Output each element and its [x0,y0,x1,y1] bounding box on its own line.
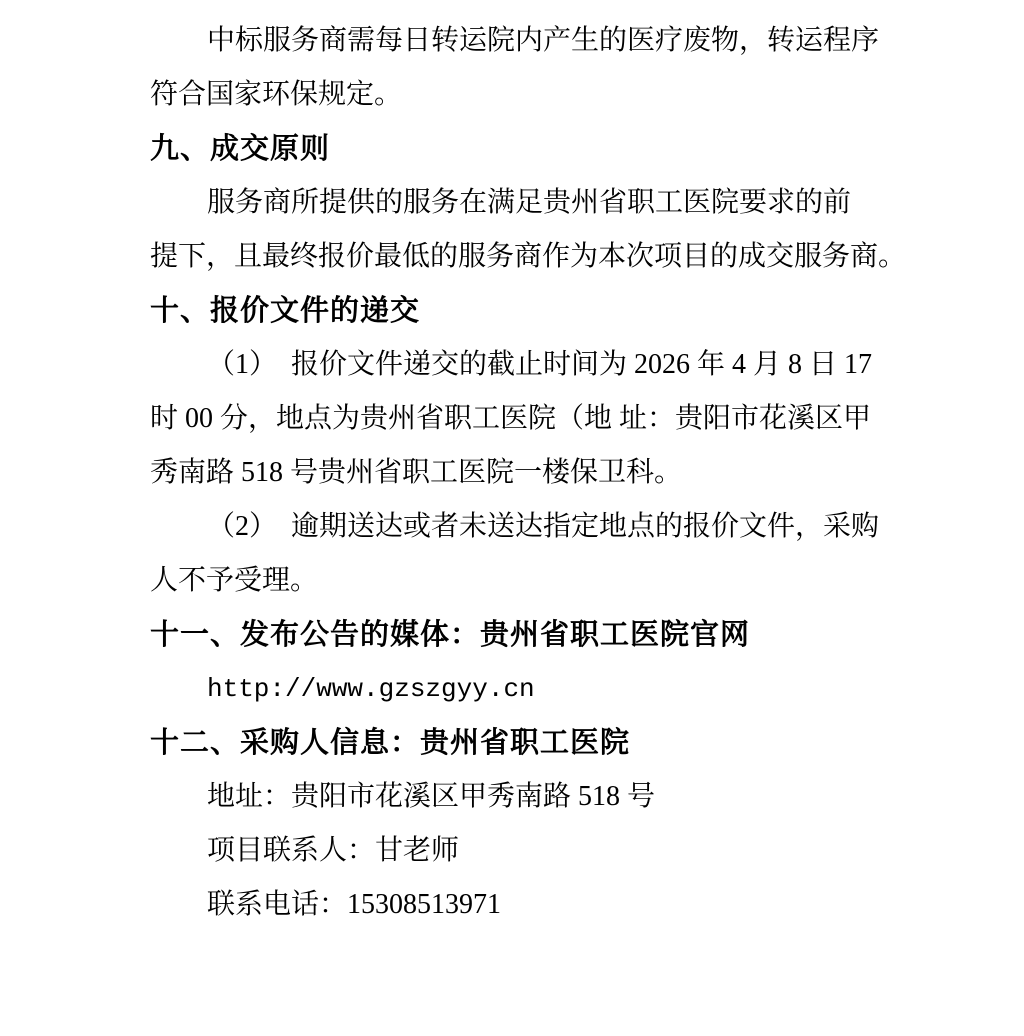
contact-person-line: 项目联系人：甘老师 [150,824,894,878]
list-item-1-line: 时 00 分，地点为贵州省职工医院（地 址：贵阳市花溪区甲 [150,392,894,446]
heading-section-9: 九、成交原则 [150,122,894,176]
address-line: 地址：贵阳市花溪区甲秀南路 518 号 [150,770,894,824]
list-item-1-line: （1） 报价文件递交的截止时间为 2026 年 4 月 8 日 17 [150,338,894,392]
paragraph-line: 服务商所提供的服务在满足贵州省职工医院要求的前 [150,176,894,230]
heading-section-11: 十一、发布公告的媒体：贵州省职工医院官网 [150,608,894,662]
heading-section-10: 十、报价文件的递交 [150,284,894,338]
contact-phone-line: 联系电话：15308513971 [150,878,894,932]
paragraph-line: 符合国家环保规定。 [150,68,894,122]
heading-section-12: 十二、采购人信息：贵州省职工医院 [150,716,894,770]
list-item-1-line: 秀南路 518 号贵州省职工医院一楼保卫科。 [150,446,894,500]
list-item-2-line: （2） 逾期送达或者未送达指定地点的报价文件，采购 [150,500,894,554]
website-url: http://www.gzszgyy.cn [150,662,894,716]
paragraph-line: 提下，且最终报价最低的服务商作为本次项目的成交服务商。 [150,230,894,284]
list-item-2-line: 人不予受理。 [150,554,894,608]
paragraph-line: 中标服务商需每日转运院内产生的医疗废物，转运程序 [150,14,894,68]
document-page: 中标服务商需每日转运院内产生的医疗废物，转运程序 符合国家环保规定。 九、成交原… [0,0,1024,1036]
